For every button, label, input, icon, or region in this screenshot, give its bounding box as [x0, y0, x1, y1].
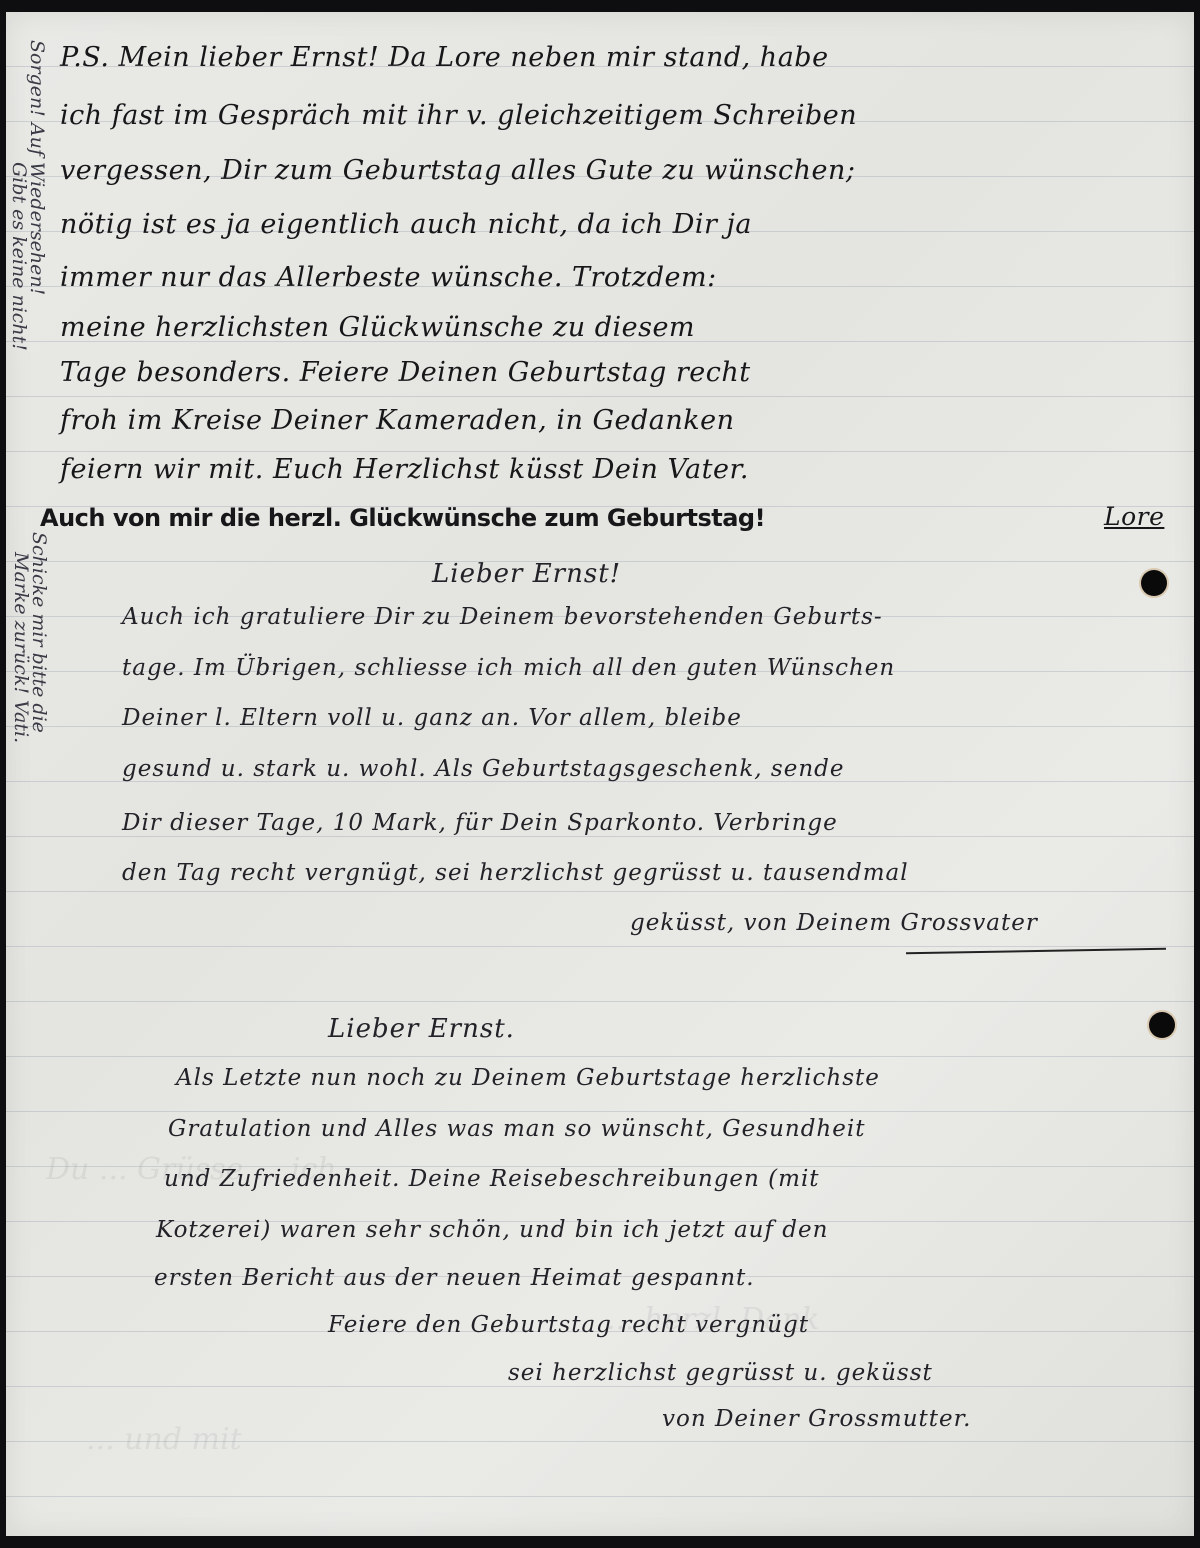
lore-signature: Lore: [1104, 502, 1164, 531]
grandmother-line: Feiere den Geburtstag recht vergnügt: [328, 1312, 809, 1338]
ps-line: froh im Kreise Deiner Kameraden, in Geda…: [60, 405, 735, 436]
grandfather-signature: geküsst, von Deinem Grossvater: [630, 910, 1038, 936]
grandfather-line: gesund u. stark u. wohl. Als Geburtstags…: [122, 756, 845, 782]
margin-note-lower-2: Marke zurück! Vati.: [10, 552, 32, 743]
signature-underline: [906, 948, 1166, 955]
ps-line: meine herzlichsten Glückwünsche zu diese…: [60, 312, 695, 343]
ps-line: vergessen, Dir zum Geburtstag alles Gute…: [60, 155, 855, 186]
grandmother-line: Gratulation und Alles was man so wünscht…: [168, 1116, 865, 1142]
grandfather-salutation: Lieber Ernst!: [432, 559, 621, 589]
grandfather-line: Deiner l. Eltern voll u. ganz an. Vor al…: [122, 705, 742, 731]
ps-line: nötig ist es ja eigentlich auch nicht, d…: [60, 209, 752, 240]
grandmother-line: und Zufriedenheit. Deine Reisebeschreibu…: [164, 1166, 820, 1192]
ps-line: immer nur das Allerbeste wünsche. Trotzd…: [60, 262, 717, 293]
ps-line: Tage besonders. Feiere Deinen Geburtstag…: [60, 357, 751, 388]
grandmother-line: Als Letzte nun noch zu Deinem Geburtstag…: [176, 1065, 880, 1091]
grandmother-signature: von Deiner Grossmutter.: [662, 1406, 971, 1432]
letter-page: Du ... Grüsse ... ich ... herzl. Dank ..…: [6, 12, 1194, 1536]
grandfather-line: den Tag recht vergnügt, sei herzlichst g…: [122, 860, 909, 886]
lore-line: Auch von mir die herzl. Glückwünsche zum…: [40, 504, 765, 532]
grandmother-line: Kotzerei) waren sehr schön, und bin ich …: [156, 1217, 828, 1243]
ps-line: feiern wir mit. Euch Herzlichst küsst De…: [60, 454, 749, 485]
grandfather-line: Auch ich gratuliere Dir zu Deinem bevors…: [122, 604, 883, 630]
margin-note-upper-2: Gibt es keine nicht!: [8, 162, 30, 351]
grandmother-line: sei herzlichst gegrüsst u. geküsst: [508, 1360, 933, 1386]
punch-hole: [1141, 570, 1167, 596]
grandmother-salutation: Lieber Ernst.: [328, 1014, 515, 1044]
ps-line: ich fast im Gespräch mit ihr v. gleichze…: [60, 100, 857, 131]
grandmother-line: ersten Bericht aus der neuen Heimat gesp…: [154, 1265, 755, 1291]
ps-line: P.S. Mein lieber Ernst! Da Lore neben mi…: [60, 42, 829, 73]
punch-hole: [1149, 1012, 1175, 1038]
grandfather-line: Dir dieser Tage, 10 Mark, für Dein Spark…: [122, 810, 838, 836]
bleed-through-text: ... und mit: [86, 1422, 242, 1457]
grandfather-line: tage. Im Übrigen, schliesse ich mich all…: [122, 655, 895, 681]
